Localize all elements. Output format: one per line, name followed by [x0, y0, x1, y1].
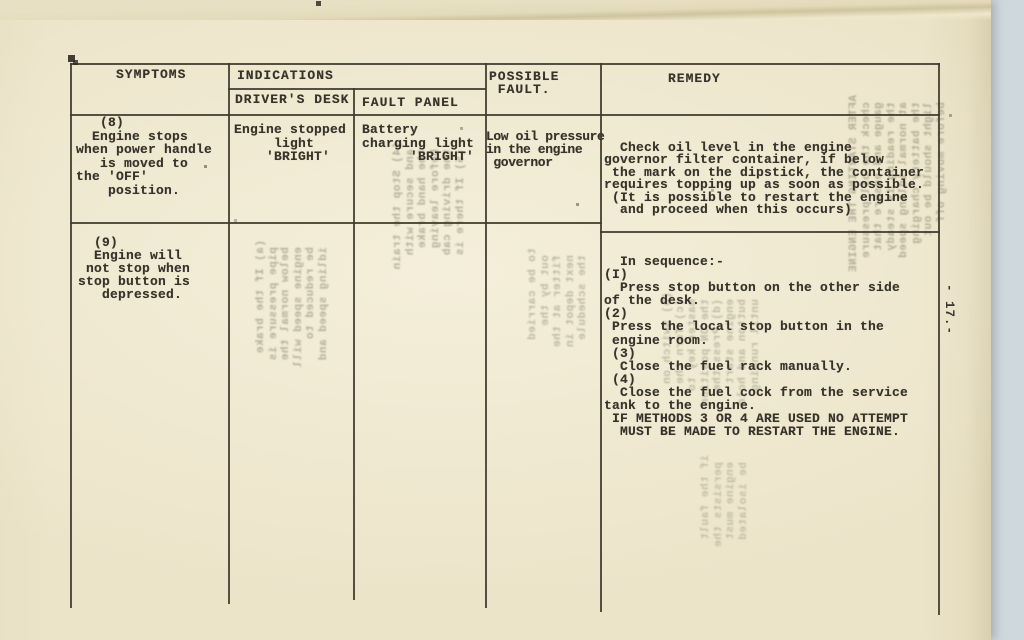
paper-sheet: (a) If the brake pipe pressure is below … — [0, 0, 991, 640]
page-number: - 17.- — [942, 284, 956, 335]
row-divider-left — [70, 222, 602, 224]
ink-specks — [0, 0, 1, 1]
bleedthrough-text: (a) If the brake pipe pressure is below … — [255, 240, 330, 368]
bleedthrough-text: if the fault persists the engine must be… — [700, 455, 750, 547]
table-border-right — [938, 63, 940, 615]
column-header-fault-panel: FAULT PANEL — [362, 96, 459, 110]
row-divider-remedy — [600, 231, 940, 233]
paper-fold-crease — [0, 0, 991, 20]
bleedthrough-text: to be carried out by the fitter at the n… — [527, 248, 590, 347]
table-border-top — [70, 63, 940, 65]
column-header-symptoms: SYMPTOMS — [116, 68, 186, 82]
indications-underline — [228, 88, 486, 90]
column-header-remedy: REMEDY — [668, 72, 721, 86]
row8-remedy-text: Check oil level in the engine governor f… — [604, 142, 924, 216]
row8-drivers-desk-text: Engine stopped light 'BRIGHT' — [234, 123, 346, 164]
column-header-possible-fault: POSSIBLE FAULT. — [489, 70, 559, 96]
column-line-symptoms — [228, 63, 230, 604]
column-header-indications: INDICATIONS — [237, 69, 334, 83]
table-border-left — [70, 63, 72, 608]
row8-possible-fault-text: Low oil pressure in the engine governor — [486, 130, 604, 169]
row9-remedy-text: In sequence:- (I) Press stop button on t… — [604, 255, 908, 438]
row9-symptom-text: (9) Engine will not stop when stop butto… — [78, 236, 190, 301]
column-line-desk-panel — [353, 88, 355, 600]
row8-fault-panel-text: Battery charging light 'BRIGHT' — [362, 123, 474, 164]
column-header-drivers-desk: DRIVER'S DESK — [235, 93, 349, 107]
row8-symptom-text: (8) Engine stops when power handle is mo… — [76, 116, 212, 197]
scanned-page: (a) If the brake pipe pressure is below … — [0, 0, 1024, 640]
